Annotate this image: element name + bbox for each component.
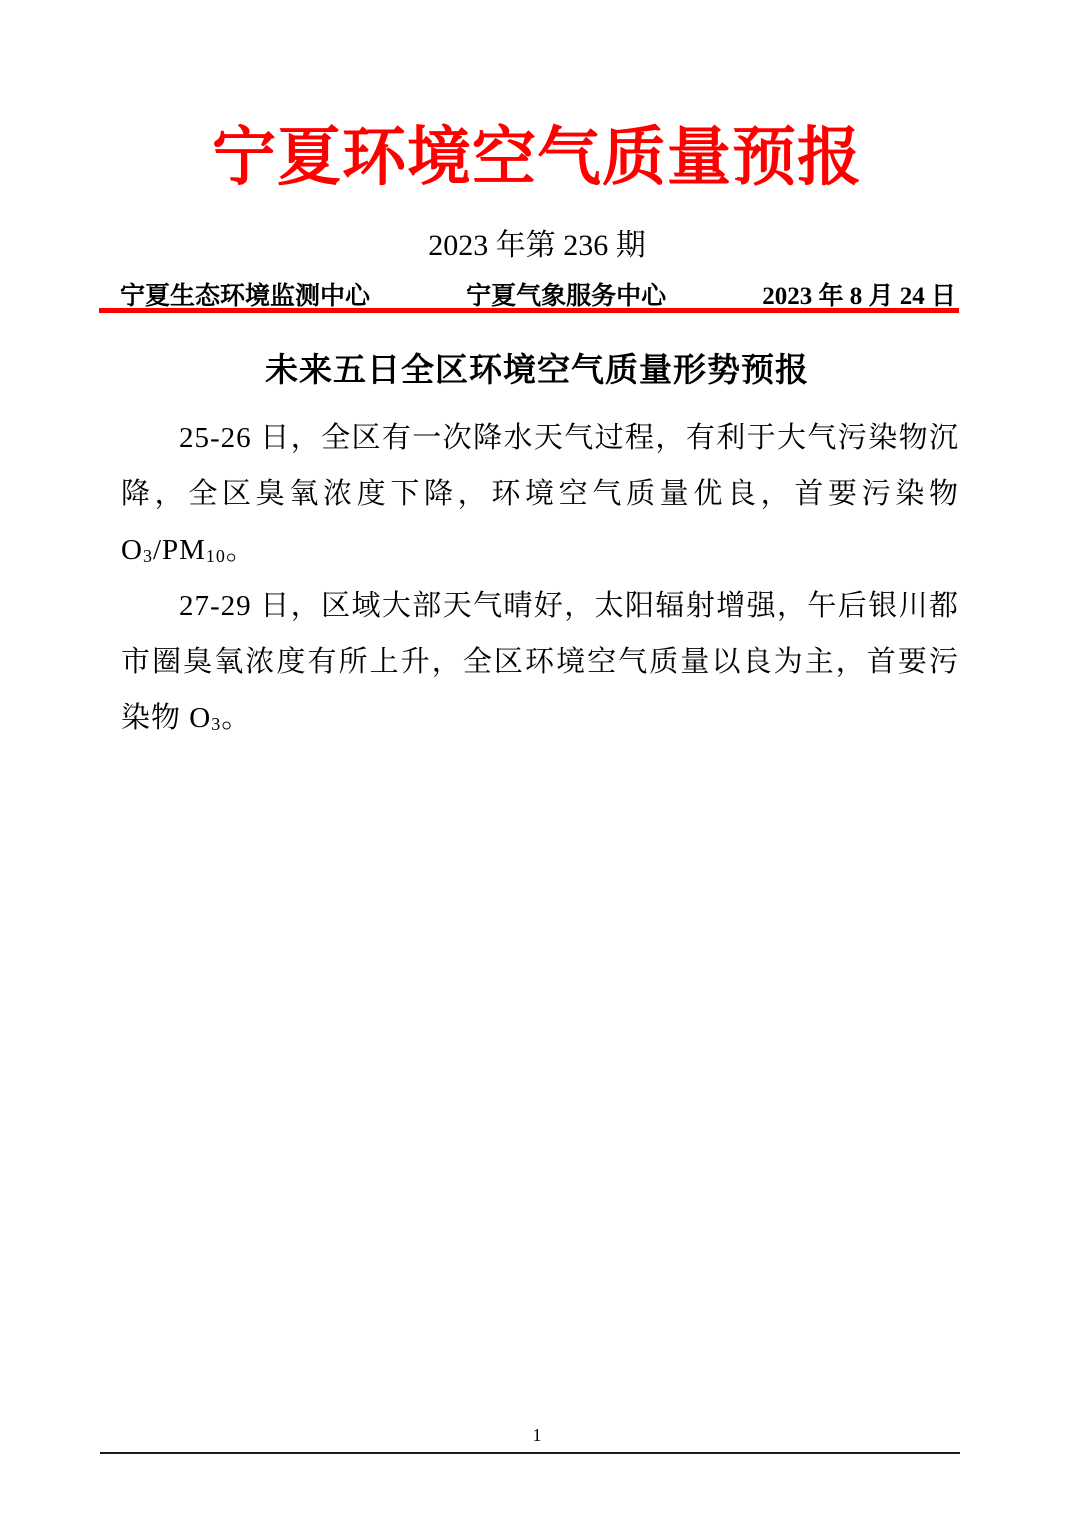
document-page: 宁夏环境空气质量预报 2023 年第 236 期 宁夏生态环境监测中心 宁夏气象…: [0, 0, 1074, 1520]
header-row: 宁夏生态环境监测中心 宁夏气象服务中心 2023 年 8 月 24 日: [120, 276, 956, 312]
org-center: 宁夏气象服务中心: [466, 276, 666, 312]
issue-number: 2023 年第 236 期: [0, 220, 1074, 264]
document-title: 宁夏环境空气质量预报: [0, 118, 1074, 198]
body-paragraphs: 25-26 日，全区有一次降水天气过程，有利于大气污染物沉降，全区臭氧浓度下降，…: [121, 410, 959, 746]
org-left: 宁夏生态环境监测中心: [120, 276, 370, 312]
section-title: 未来五日全区环境空气质量形势预报: [0, 344, 1074, 391]
red-divider: [99, 308, 959, 313]
page-number: 1: [0, 1425, 1074, 1446]
paragraph: 25-26 日，全区有一次降水天气过程，有利于大气污染物沉降，全区臭氧浓度下降，…: [121, 410, 959, 578]
header-date: 2023 年 8 月 24 日: [762, 276, 956, 312]
paragraph: 27-29 日，区域大部天气晴好，太阳辐射增强，午后银川都市圈臭氧浓度有所上升，…: [121, 578, 959, 746]
footer-divider: [100, 1452, 960, 1454]
